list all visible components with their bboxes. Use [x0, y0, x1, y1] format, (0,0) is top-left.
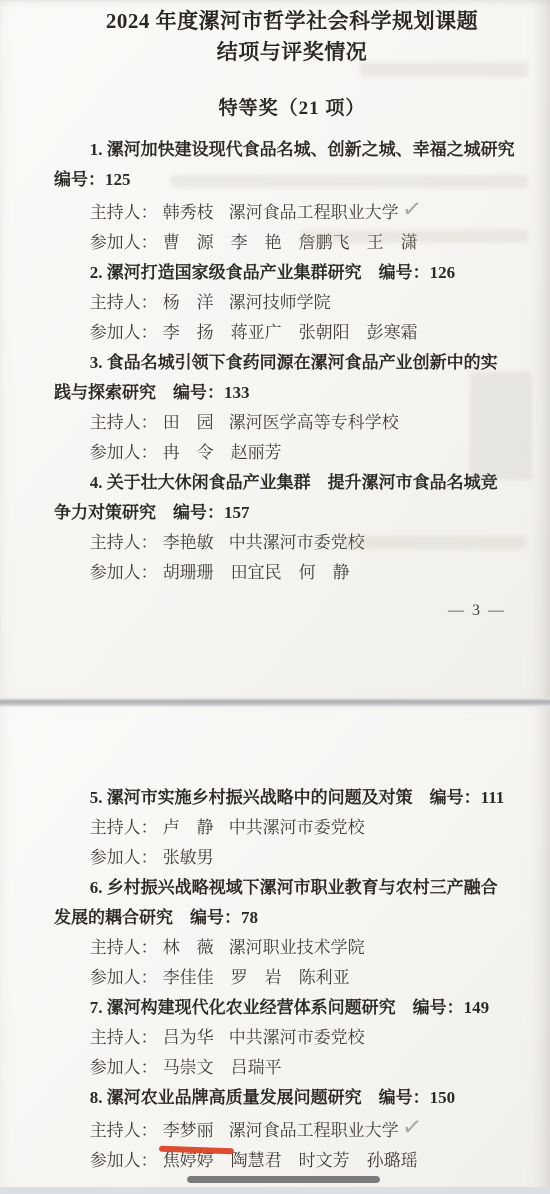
participants-label: 参加人： — [90, 323, 158, 342]
title-line: 践与探索研究 编号：133 — [54, 378, 530, 408]
leader-affiliation: 漯河技师学院 — [229, 293, 331, 312]
title-line: 4. 关于壮大休闲食品产业集群 提升漯河市食品名城竞 — [54, 468, 530, 498]
project-item-2: 2. 漯河打造国家级食品产业集群研究 编号：126 主持人：杨 洋漯河技师学院 … — [54, 258, 530, 348]
participants-names: 胡珊珊 田宜民 何 静 — [163, 563, 350, 582]
document-title-line-1: 2024 年度漯河市哲学社会科学规划课题 — [54, 6, 530, 37]
title-line: 7. 漯河构建现代化农业经营体系问题研究 编号：149 — [54, 993, 530, 1023]
checkmark-icon: ✓ — [400, 193, 424, 225]
project-title: 8. 漯河农业品牌高质量发展问题研究 编号：150 — [54, 1083, 530, 1113]
checkmark-icon: ✓ — [400, 1111, 424, 1143]
participants-line: 参加人：张敏男 — [90, 843, 530, 873]
leader-affiliation: 中共漯河市委党校 — [229, 1028, 365, 1047]
participants-label: 参加人： — [90, 848, 158, 867]
participants-label: 参加人： — [90, 968, 158, 987]
leader-affiliation: 漯河职业技术学院 — [229, 938, 365, 957]
screenshot-root: 2024 年度漯河市哲学社会科学规划课题 结项与评奖情况 特等奖（21 项） 1… — [0, 0, 550, 1194]
participants-names: 李佳佳 罗 岩 陈利亚 — [163, 968, 350, 987]
project-item-4: 4. 关于壮大休闲食品产业集群 提升漯河市食品名城竞 争力对策研究 编号：157… — [54, 468, 530, 588]
document-page-2: 5. 漯河市实施乡村振兴战略中的问题及对策 编号：111 主持人：卢 静中共漯河… — [0, 707, 550, 1194]
leader-label: 主持人： — [90, 1028, 158, 1047]
project-list-page-2: 5. 漯河市实施乡村振兴战略中的问题及对策 编号：111 主持人：卢 静中共漯河… — [54, 783, 530, 1176]
document-page-1: 2024 年度漯河市哲学社会科学规划课题 结项与评奖情况 特等奖（21 项） 1… — [0, 0, 550, 699]
project-item-8: 8. 漯河农业品牌高质量发展问题研究 编号：150 主持人：李梦丽漯河食品工程职… — [54, 1083, 530, 1176]
title-line: 2. 漯河打造国家级食品产业集群研究 编号：126 — [54, 258, 530, 288]
leader-line: 主持人：李梦丽漯河食品工程职业大学✓ — [90, 1113, 530, 1146]
leader-name: 田 园 — [163, 413, 214, 432]
page-bleedthrough-artifact — [470, 372, 532, 480]
participants-label: 参加人： — [90, 563, 158, 582]
leader-name: 李艳敏 — [163, 533, 214, 552]
leader-line: 主持人：吕为华中共漯河市委党校 — [90, 1023, 530, 1053]
title-line: 1. 漯河加快建设现代食品名城、创新之城、幸福之城研究 — [54, 135, 530, 165]
title-line: 争力对策研究 编号：157 — [54, 498, 530, 528]
participants-line: 参加人：冉 令 赵丽芳 — [90, 438, 530, 468]
leader-name: 杨 洋 — [163, 293, 214, 312]
leader-label: 主持人： — [90, 938, 158, 957]
home-indicator-bar[interactable] — [187, 1176, 380, 1183]
participants-line: 参加人：李 扬 蒋亚广 张朝阳 彭寒霜 — [90, 318, 530, 348]
participants-line: 参加人：马崇文 吕瑞平 — [90, 1053, 530, 1083]
participants-names: 冉 令 赵丽芳 — [163, 443, 282, 462]
project-title: 2. 漯河打造国家级食品产业集群研究 编号：126 — [54, 258, 530, 288]
leader-name: 林 薇 — [163, 938, 214, 957]
project-title: 7. 漯河构建现代化农业经营体系问题研究 编号：149 — [54, 993, 530, 1023]
leader-affiliation: 漯河医学高等专科学校 — [229, 413, 399, 432]
page-bleedthrough-artifact — [340, 536, 526, 549]
participants-line: 参加人：李佳佳 罗 岩 陈利亚 — [90, 963, 530, 993]
title-line: 5. 漯河市实施乡村振兴战略中的问题及对策 编号：111 — [54, 783, 530, 813]
leader-affiliation: 漯河食品工程职业大学 — [229, 203, 399, 222]
participants-line: 参加人：胡珊珊 田宜民 何 静 — [90, 558, 530, 588]
leader-line: 主持人：卢 静中共漯河市委党校 — [90, 813, 530, 843]
page-number: — 3 — — [54, 596, 530, 626]
project-list-page-1: 1. 漯河加快建设现代食品名城、创新之城、幸福之城研究 编号：125 主持人：韩… — [54, 135, 530, 588]
leader-name: 吕为华 — [163, 1028, 214, 1047]
screen-bottom-strip — [0, 1187, 550, 1194]
participants-names: 李 扬 蒋亚广 张朝阳 彭寒霜 — [163, 323, 418, 342]
project-item-3: 3. 食品名城引领下食药同源在漯河食品产业创新中的实 践与探索研究 编号：133… — [54, 348, 530, 468]
project-title: 5. 漯河市实施乡村振兴战略中的问题及对策 编号：111 — [54, 783, 530, 813]
leader-label: 主持人： — [90, 1121, 158, 1140]
title-line: 8. 漯河农业品牌高质量发展问题研究 编号：150 — [54, 1083, 530, 1113]
leader-affiliation: 中共漯河市委党校 — [229, 818, 365, 837]
title-line: 发展的耦合研究 编号：78 — [54, 903, 530, 933]
participants-names: 焦婷婷 陶慧君 时文芳 孙璐瑶 — [163, 1151, 418, 1170]
project-title: 3. 食品名城引领下食药同源在漯河食品产业创新中的实 践与探索研究 编号：133 — [54, 348, 530, 408]
project-item-7: 7. 漯河构建现代化农业经营体系问题研究 编号：149 主持人：吕为华中共漯河市… — [54, 993, 530, 1083]
leader-label: 主持人： — [90, 203, 158, 222]
project-title: 4. 关于壮大休闲食品产业集群 提升漯河市食品名城竞 争力对策研究 编号：157 — [54, 468, 530, 528]
leader-label: 主持人： — [90, 533, 158, 552]
leader-label: 主持人： — [90, 293, 158, 312]
participants-label: 参加人： — [90, 1151, 158, 1170]
participants-label: 参加人： — [90, 233, 158, 252]
leader-name-wrap: 李梦丽 — [163, 1116, 214, 1146]
project-item-6: 6. 乡村振兴战略视域下漯河市职业教育与农村三产融合 发展的耦合研究 编号：78… — [54, 873, 530, 993]
participants-label: 参加人： — [90, 1058, 158, 1077]
leader-line: 主持人：杨 洋漯河技师学院 — [90, 288, 530, 318]
participants-names: 张敏男 — [163, 848, 214, 867]
leader-name: 卢 静 — [163, 818, 214, 837]
leader-affiliation: 漯河食品工程职业大学 — [229, 1121, 399, 1140]
title-line: 6. 乡村振兴战略视域下漯河市职业教育与农村三产融合 — [54, 873, 530, 903]
page-bleedthrough-artifact — [170, 175, 528, 188]
page-bleedthrough-artifact — [300, 230, 528, 243]
leader-name: 李梦丽 — [163, 1121, 214, 1140]
page-bleedthrough-artifact — [360, 62, 528, 77]
title-line: 3. 食品名城引领下食药同源在漯河食品产业创新中的实 — [54, 348, 530, 378]
leader-label: 主持人： — [90, 413, 158, 432]
leader-line: 主持人：林 薇漯河职业技术学院 — [90, 933, 530, 963]
leader-name: 韩秀枝 — [163, 203, 214, 222]
page-divider — [0, 698, 550, 707]
project-title: 6. 乡村振兴战略视域下漯河市职业教育与农村三产融合 发展的耦合研究 编号：78 — [54, 873, 530, 933]
project-item-5: 5. 漯河市实施乡村振兴战略中的问题及对策 编号：111 主持人：卢 静中共漯河… — [54, 783, 530, 873]
page-2-content: 5. 漯河市实施乡村振兴战略中的问题及对策 编号：111 主持人：卢 静中共漯河… — [0, 707, 550, 1176]
page-1-content: 2024 年度漯河市哲学社会科学规划课题 结项与评奖情况 特等奖（21 项） 1… — [0, 0, 550, 626]
participants-names: 马崇文 吕瑞平 — [163, 1058, 282, 1077]
participants-line: 参加人：焦婷婷 陶慧君 时文芳 孙璐瑶 — [90, 1146, 530, 1176]
leader-label: 主持人： — [90, 818, 158, 837]
document-title: 2024 年度漯河市哲学社会科学规划课题 结项与评奖情况 — [54, 6, 530, 68]
section-heading: 特等奖（21 项） — [54, 94, 530, 124]
participants-label: 参加人： — [90, 443, 158, 462]
leader-line: 主持人：田 园漯河医学高等专科学校 — [90, 408, 530, 438]
leader-line: 主持人：韩秀枝漯河食品工程职业大学✓ — [90, 195, 530, 228]
